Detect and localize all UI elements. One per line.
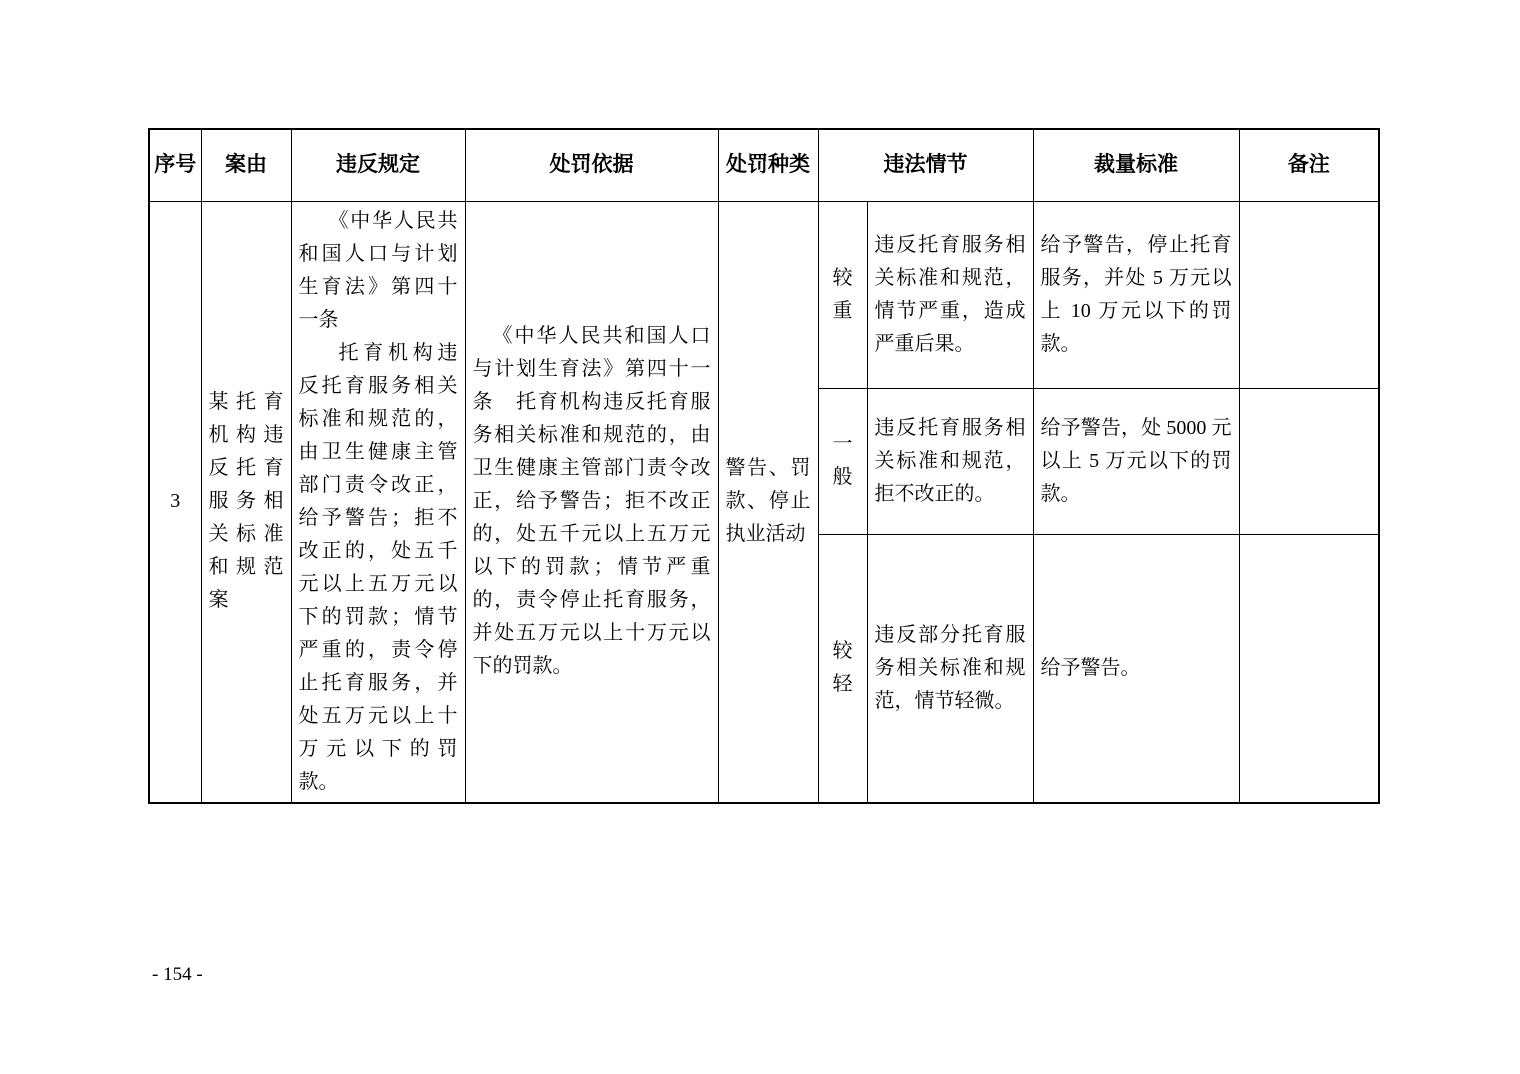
table-header-row: 序号 案由 违反规定 处罚依据 处罚种类 违法情节 裁量标准 备注 (149, 129, 1379, 201)
header-penalty-type: 处罚种类 (718, 129, 818, 201)
header-regulation: 违反规定 (291, 129, 465, 201)
header-remark: 备注 (1239, 129, 1379, 201)
cell-regulation: 《中华人民共和国人口与计划生育法》第四十一条 托育机构违反托育服务相关标准和规范… (291, 201, 465, 803)
cell-severity-level: 一般 (818, 388, 867, 534)
header-circumstance: 违法情节 (818, 129, 1033, 201)
regulation-paragraph-2: 托育机构违反托育服务相关标准和规范的，由卫生健康主管部门责令改正，给予警告；拒不… (299, 337, 458, 799)
penalty-table-wrap: 序号 案由 违反规定 处罚依据 处罚种类 违法情节 裁量标准 备注 3 某托育机… (148, 128, 1380, 804)
cell-remark (1239, 388, 1379, 534)
cell-remark (1239, 534, 1379, 802)
table-row-severe: 3 某托育机构违反托育服务相关标准和规范案 《中华人民共和国人口与计划生育法》第… (149, 201, 1379, 388)
regulation-paragraph-1: 《中华人民共和国人口与计划生育法》第四十一条 (299, 205, 458, 337)
cell-standard: 给予警告，停止托育服务，并处 5 万元以上 10 万元以下的罚款。 (1033, 201, 1239, 388)
penalty-basis-paragraph: 《中华人民共和国人口与计划生育法》第四十一条 托育机构违反托育服务相关标准和规范… (473, 320, 711, 683)
cell-circumstance: 违反托育服务相关标准和规范，情节严重，造成严重后果。 (867, 201, 1033, 388)
cell-standard: 给予警告，处 5000 元以上 5 万元以下的罚款。 (1033, 388, 1239, 534)
cell-penalty-basis: 《中华人民共和国人口与计划生育法》第四十一条 托育机构违反托育服务相关标准和规范… (465, 201, 718, 803)
cell-severity-level: 较轻 (818, 534, 867, 802)
page-number: - 154 - (152, 964, 203, 986)
cell-cause: 某托育机构违反托育服务相关标准和规范案 (201, 201, 291, 803)
cell-remark (1239, 201, 1379, 388)
cell-standard: 给予警告。 (1033, 534, 1239, 802)
cell-penalty-type: 警告、罚款、停止执业活动 (718, 201, 818, 803)
cell-severity-level: 较重 (818, 201, 867, 388)
cell-circumstance: 违反部分托育服务相关标准和规范，情节轻微。 (867, 534, 1033, 802)
cell-index: 3 (149, 201, 201, 803)
penalty-table: 序号 案由 违反规定 处罚依据 处罚种类 违法情节 裁量标准 备注 3 某托育机… (148, 128, 1380, 804)
cell-circumstance: 违反托育服务相关标准和规范，拒不改正的。 (867, 388, 1033, 534)
header-index: 序号 (149, 129, 201, 201)
header-cause: 案由 (201, 129, 291, 201)
header-standard: 裁量标准 (1033, 129, 1239, 201)
header-penalty-basis: 处罚依据 (465, 129, 718, 201)
